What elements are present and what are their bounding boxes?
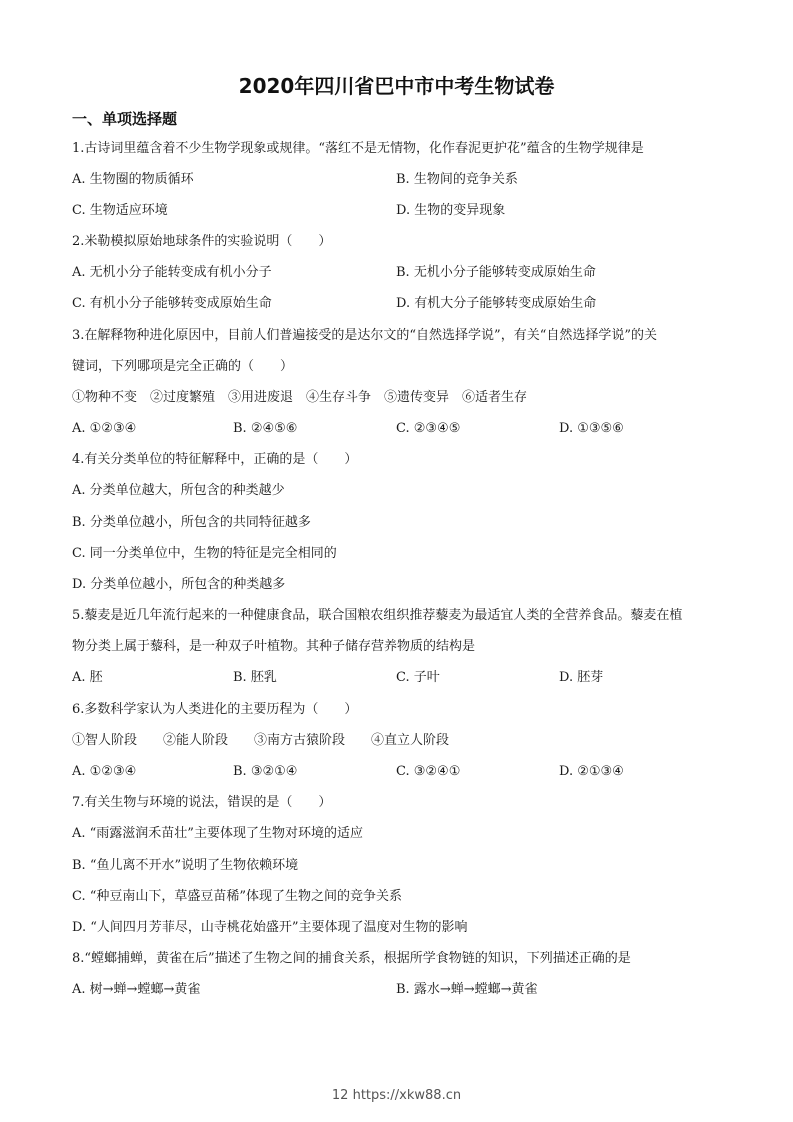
question-3-stem-line2: 键词，下列哪项是完全正确的（ ） [72, 358, 293, 376]
question-3-stem-line1: 3.在解释物种进化原因中，目前人们普遍接受的是达尔文的“自然选择学说”，有关“自… [72, 327, 657, 345]
page-footer: 12 https://xkw88.cn [0, 1088, 793, 1103]
q2-option-b: B. 无机小分子能够转变成原始生命 [396, 264, 596, 282]
q7-option-d: D. “人间四月芳菲尽，山寺桃花始盛开”主要体现了温度对生物的影响 [72, 919, 468, 937]
q4-option-c: C. 同一分类单位中，生物的特征是完全相同的 [72, 545, 337, 563]
q7-option-b: B. “鱼儿离不开水”说明了生物依赖环境 [72, 857, 298, 875]
q5-option-c: C. 子叶 [396, 669, 440, 687]
section-heading: 一、单项选择题 [72, 108, 177, 129]
q6-option-d: D. ②①③④ [559, 763, 624, 781]
question-7-stem: 7.有关生物与环境的说法，错误的是（ ） [72, 794, 331, 812]
q5-option-a: A. 胚 [72, 669, 103, 687]
q4-option-a: A. 分类单位越大，所包含的种类越少 [72, 482, 285, 500]
page-title: 2020年四川省巴中市中考生物试卷 [0, 70, 793, 99]
question-4-stem: 4.有关分类单位的特征解释中，正确的是（ ） [72, 451, 357, 469]
question-1-stem: 1.古诗词里蕴含着不少生物学现象或规律。“落红不是无情物，化作春泥更护花”蕴含的… [72, 140, 644, 158]
q4-option-d: D. 分类单位越小，所包含的种类越多 [72, 576, 285, 594]
q7-option-c: C. “种豆南山下，草盛豆苗稀”体现了生物之间的竞争关系 [72, 888, 402, 906]
question-8-stem: 8.“螳螂捕蝉，黄雀在后”描述了生物之间的捕食关系，根据所学食物链的知识，下列描… [72, 950, 631, 968]
q7-option-a: A. “雨露滋润禾苗壮”主要体现了生物对环境的适应 [72, 825, 363, 843]
q6-option-a: A. ①②③④ [72, 763, 136, 781]
question-6-stem: 6.多数科学家认为人类进化的主要历程为（ ） [72, 701, 357, 719]
q5-option-b: B. 胚乳 [233, 669, 277, 687]
question-6-items: ①智人阶段 ②能人阶段 ③南方古猿阶段 ④直立人阶段 [72, 732, 449, 750]
question-2-stem: 2.米勒模拟原始地球条件的实验说明（ ） [72, 233, 331, 251]
q2-option-a: A. 无机小分子能转变成有机小分子 [72, 264, 272, 282]
q2-option-d: D. 有机大分子能够转变成原始生命 [396, 295, 596, 313]
question-5-stem-line2: 物分类上属于藜科，是一种双子叶植物。其种子储存营养物质的结构是 [72, 638, 475, 656]
q3-option-d: D. ①③⑤⑥ [559, 420, 624, 438]
q6-option-c: C. ③②④① [396, 763, 460, 781]
q1-option-c: C. 生物适应环境 [72, 202, 168, 220]
q8-option-b: B. 露水→蝉→螳螂→黄雀 [396, 981, 538, 999]
q3-option-a: A. ①②③④ [72, 420, 136, 438]
q5-option-d: D. 胚芽 [559, 669, 603, 687]
q3-option-b: B. ②④⑤⑥ [233, 420, 297, 438]
q8-option-a: A. 树→蝉→螳螂→黄雀 [72, 981, 200, 999]
q2-option-c: C. 有机小分子能够转变成原始生命 [72, 295, 272, 313]
question-3-items: ①物种不变 ②过度繁殖 ③用进废退 ④生存斗争 ⑤遗传变异 ⑥适者生存 [72, 389, 527, 407]
q1-option-a: A. 生物圈的物质循环 [72, 171, 194, 189]
q1-option-b: B. 生物间的竞争关系 [396, 171, 518, 189]
question-5-stem-line1: 5.藜麦是近几年流行起来的一种健康食品，联合国粮农组织推荐藜麦为最适宜人类的全营… [72, 607, 682, 625]
q3-option-c: C. ②③④⑤ [396, 420, 460, 438]
q1-option-d: D. 生物的变异现象 [396, 202, 505, 220]
q6-option-b: B. ③②①④ [233, 763, 297, 781]
q4-option-b: B. 分类单位越小，所包含的共同特征越多 [72, 514, 311, 532]
